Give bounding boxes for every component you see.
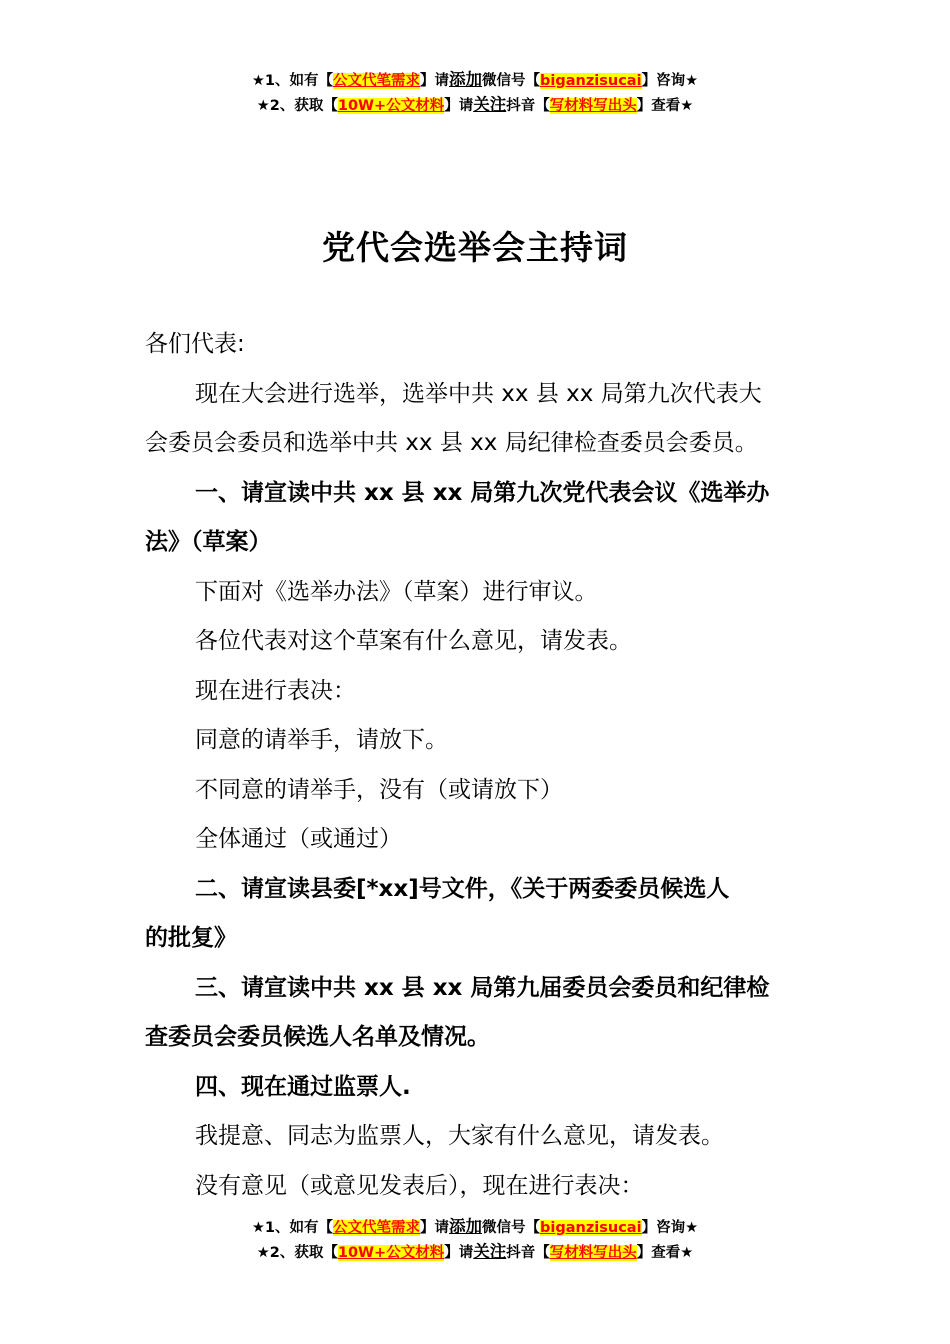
highlight-wechat-id: biganzisucai bbox=[540, 1220, 642, 1236]
promo-text: 】咨询★ bbox=[642, 1220, 699, 1236]
highlight-service: 公文代笔需求 bbox=[333, 1220, 420, 1236]
promo-line-1: ★1、如有【公文代笔需求】请添加微信号【biganzisucai】咨询★ bbox=[0, 68, 950, 93]
promo-text: 微信号【 bbox=[482, 73, 540, 89]
paragraph-passed: 全体通过（或通过） bbox=[145, 815, 810, 865]
promo-text: 】请 bbox=[420, 1220, 449, 1236]
highlight-materials: 10W+公文材料 bbox=[338, 98, 444, 114]
heading-item-1: 一、请宣读中共 xx 县 xx 局第九次党代表会议《选举办 bbox=[145, 469, 810, 519]
promo-line-1: ★1、如有【公文代笔需求】请添加微信号【biganzisucai】咨询★ bbox=[0, 1215, 950, 1240]
promo-header: ★1、如有【公文代笔需求】请添加微信号【biganzisucai】咨询★ ★2、… bbox=[0, 68, 950, 118]
promo-text: 】查看★ bbox=[637, 1245, 694, 1261]
promo-text: ★2、获取【 bbox=[257, 1245, 338, 1261]
promo-text: ★1、如有【 bbox=[252, 73, 333, 89]
paragraph-review: 下面对《选举办法》（草案）进行审议。 bbox=[145, 568, 810, 618]
heading-item-2: 二、请宣读县委[*xx]号文件，《关于两委委员候选人 bbox=[145, 865, 810, 915]
highlight-douyin: 写材料写出头 bbox=[550, 98, 637, 114]
promo-text: 微信号【 bbox=[482, 1220, 540, 1236]
promo-text: 】请 bbox=[444, 98, 473, 114]
salutation: 各们代表: bbox=[145, 320, 810, 370]
document-body: 各们代表: 现在大会进行选举，选举中共 xx 县 xx 局第九次代表大 会委员会… bbox=[145, 320, 810, 1211]
promo-text: 抖音【 bbox=[506, 98, 550, 114]
promo-line-2: ★2、获取【10W+公文材料】请关注抖音【写材料写出头】查看★ bbox=[0, 93, 950, 118]
emphasis-add: 添加 bbox=[449, 70, 482, 89]
promo-footer: ★1、如有【公文代笔需求】请添加微信号【biganzisucai】咨询★ ★2、… bbox=[0, 1215, 950, 1265]
promo-text: ★1、如有【 bbox=[252, 1220, 333, 1236]
emphasis-add: 添加 bbox=[449, 1217, 482, 1236]
heading-item-2-cont: 的批复》 bbox=[145, 914, 810, 964]
heading-item-3-cont: 查委员会委员候选人名单及情况。 bbox=[145, 1013, 810, 1063]
paragraph-opinion: 各位代表对这个草案有什么意见，请发表。 bbox=[145, 617, 810, 667]
paragraph-disagree: 不同意的请举手，没有（或请放下） bbox=[145, 766, 810, 816]
highlight-wechat-id: biganzisucai bbox=[540, 73, 642, 89]
heading-item-4: 四、现在通过监票人. bbox=[145, 1063, 810, 1113]
emphasis-follow: 关注 bbox=[473, 95, 506, 114]
heading-item-1-cont: 法》（草案） bbox=[145, 518, 810, 568]
promo-text: 】查看★ bbox=[637, 98, 694, 114]
document-title: 党代会选举会主持词 bbox=[0, 222, 950, 269]
promo-text: 】请 bbox=[444, 1245, 473, 1261]
paragraph-intro-cont: 会委员会委员和选举中共 xx 县 xx 局纪律检查委员会委员。 bbox=[145, 419, 810, 469]
paragraph-scrutineer: 我提意、同志为监票人，大家有什么意见，请发表。 bbox=[145, 1112, 810, 1162]
paragraph-vote: 现在进行表决： bbox=[145, 667, 810, 717]
promo-text: 】请 bbox=[420, 73, 449, 89]
promo-line-2: ★2、获取【10W+公文材料】请关注抖音【写材料写出头】查看★ bbox=[0, 1240, 950, 1265]
emphasis-follow: 关注 bbox=[473, 1242, 506, 1261]
promo-text: 抖音【 bbox=[506, 1245, 550, 1261]
paragraph-novote: 没有意见（或意见发表后），现在进行表决： bbox=[145, 1162, 810, 1212]
heading-item-3: 三、请宣读中共 xx 县 xx 局第九届委员会委员和纪律检 bbox=[145, 964, 810, 1014]
promo-text: ★2、获取【 bbox=[257, 98, 338, 114]
promo-text: 】咨询★ bbox=[642, 73, 699, 89]
paragraph-agree: 同意的请举手，请放下。 bbox=[145, 716, 810, 766]
highlight-douyin: 写材料写出头 bbox=[550, 1245, 637, 1261]
highlight-service: 公文代笔需求 bbox=[333, 73, 420, 89]
highlight-materials: 10W+公文材料 bbox=[338, 1245, 444, 1261]
paragraph-intro: 现在大会进行选举，选举中共 xx 县 xx 局第九次代表大 bbox=[145, 370, 810, 420]
